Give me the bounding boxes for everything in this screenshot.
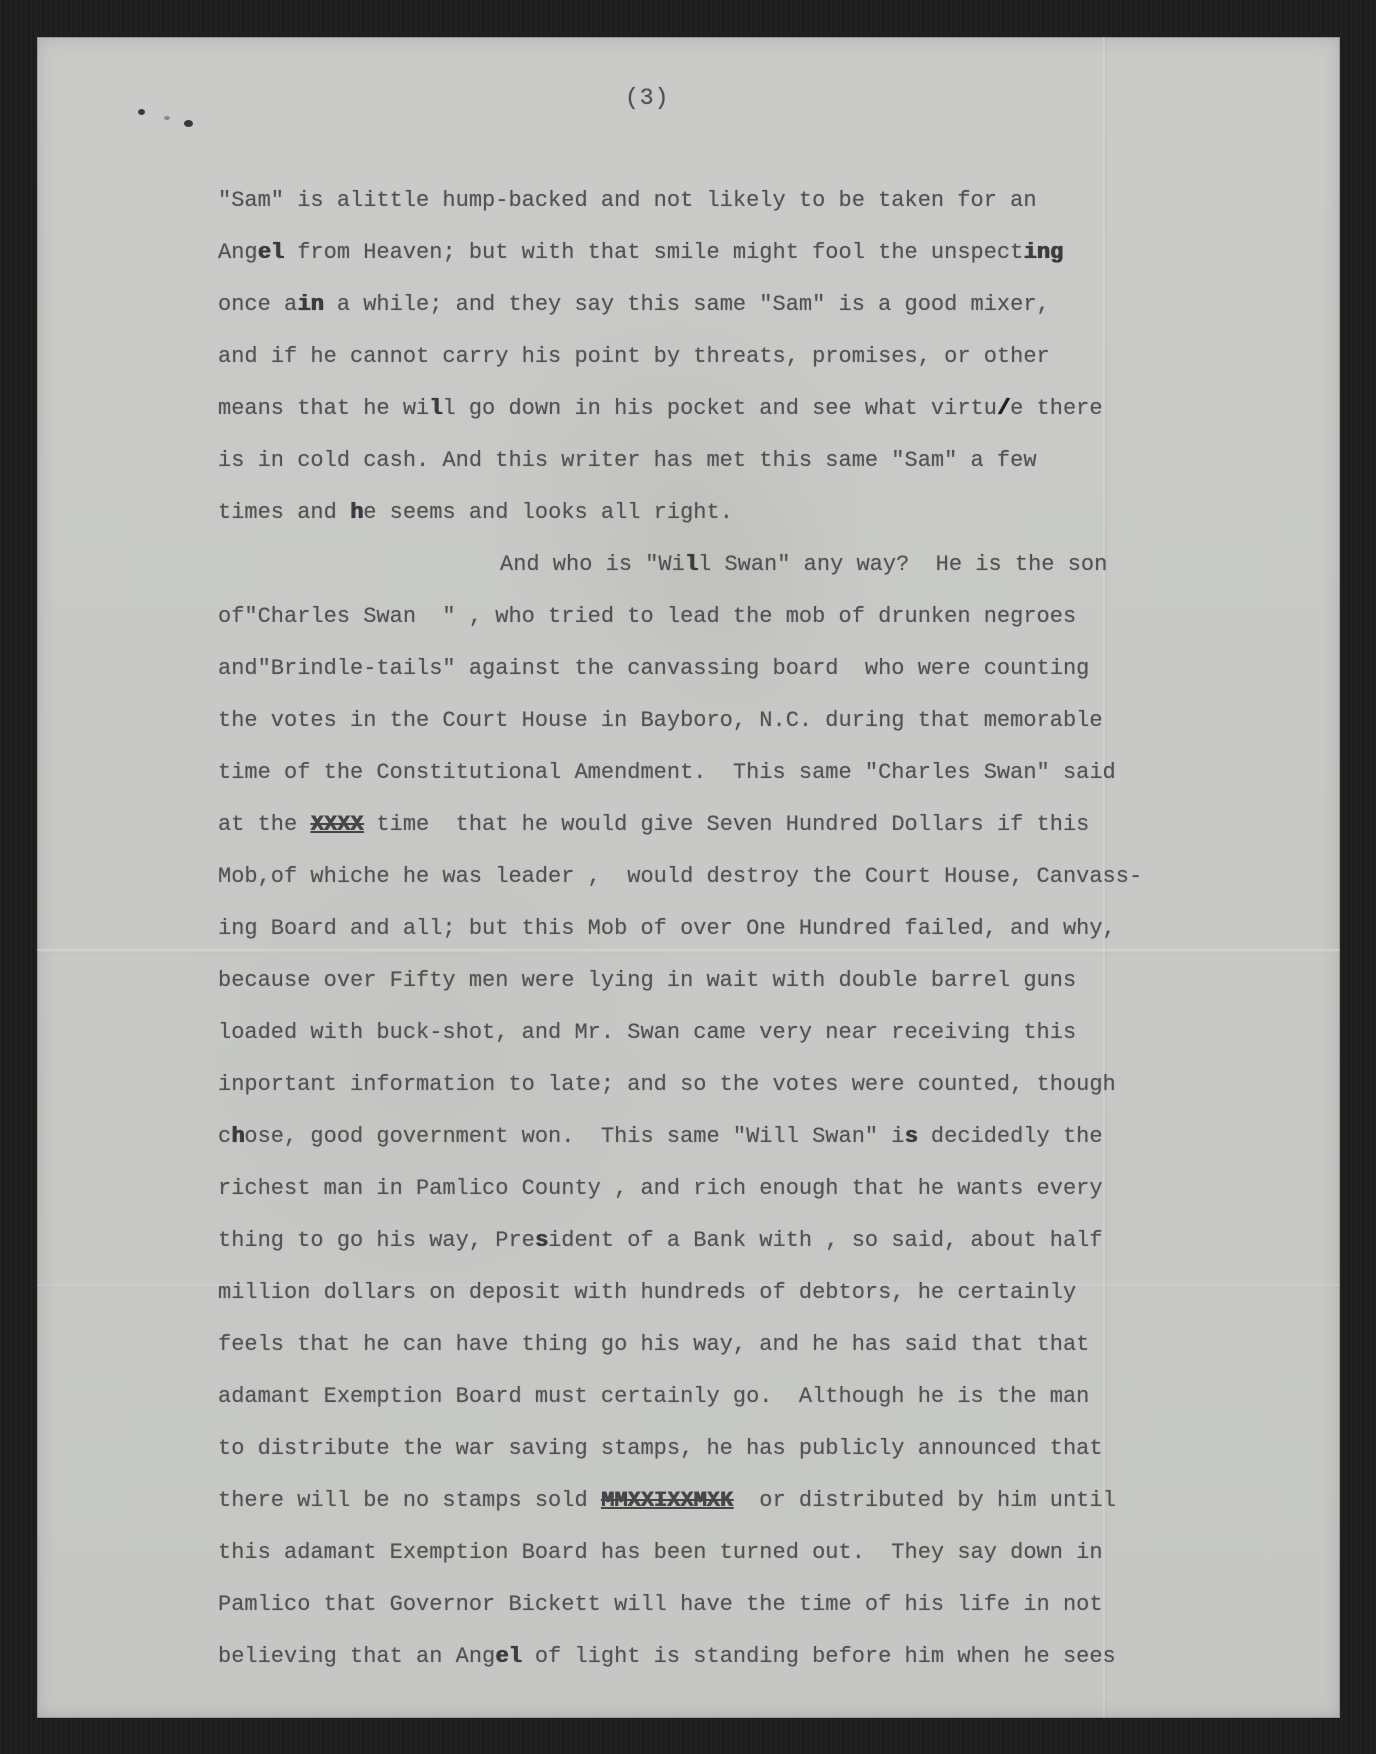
overstruck-text: h [231, 1124, 244, 1149]
typed-text: adamant Exemption Board must certainly g… [218, 1384, 1089, 1409]
typed-text: million dollars on deposit with hundreds… [218, 1280, 1076, 1305]
typed-text: ose, good government won. This same "Wil… [244, 1124, 904, 1149]
typed-text: richest man in Pamlico County , and rich… [218, 1176, 1103, 1201]
overstruck-text: in [297, 292, 323, 317]
typed-text: loaded with buck-shot, and Mr. Swan came… [218, 1020, 1076, 1045]
typed-text: the votes in the Court House in Bayboro,… [218, 708, 1103, 733]
typed-line: feels that he can have thing go his way,… [218, 1319, 1298, 1371]
typed-text: Ang [218, 240, 258, 265]
typed-text: l go down in his pocket and see what vir… [442, 396, 997, 421]
typed-text: this adamant Exemption Board has been tu… [218, 1540, 1103, 1565]
typed-line: time of the Constitutional Amendment. Th… [218, 747, 1298, 799]
typed-text: feels that he can have thing go his way,… [218, 1332, 1089, 1357]
typed-line: is in cold cash. And this writer has met… [218, 435, 1298, 487]
typed-text: of light is standing before him when he … [522, 1644, 1116, 1669]
typed-text: to distribute the war saving stamps, he … [218, 1436, 1103, 1461]
paragraph: "Sam" is alittle hump-backed and not lik… [218, 175, 1298, 539]
typed-text: c [218, 1124, 231, 1149]
typed-text: "Sam" is alittle hump-backed and not lik… [218, 188, 1037, 213]
ink-speck [184, 120, 193, 127]
typed-text: thing to go his way, Pre [218, 1228, 535, 1253]
struck-out-text: MMXXIXXMXK [601, 1488, 733, 1513]
typed-line: times and he seems and looks all right. [218, 487, 1298, 539]
typed-line: and"Brindle-tails" against the canvassin… [218, 643, 1298, 695]
typed-line: at the XXXX time that he would give Seve… [218, 799, 1298, 851]
overstruck-text: l [429, 396, 442, 421]
overstruck-text: / [997, 396, 1010, 421]
typed-text: and"Brindle-tails" against the canvassin… [218, 656, 1089, 681]
typed-line: thing to go his way, President of a Bank… [218, 1215, 1298, 1267]
typed-text: from Heaven; but with that smile might f… [284, 240, 1023, 265]
typed-line: ing Board and all; but this Mob of over … [218, 903, 1298, 955]
overstruck-text: h [350, 500, 363, 525]
typed-line: And who is "Will Swan" any way? He is th… [218, 539, 1298, 591]
paragraph: And who is "Will Swan" any way? He is th… [218, 539, 1298, 1683]
overstruck-text: el [258, 240, 284, 265]
struck-out-text: XXXX [310, 812, 363, 837]
typed-line: there will be no stamps sold MMXXIXXMXK … [218, 1475, 1298, 1527]
typed-line: because over Fifty men were lying in wai… [218, 955, 1298, 1007]
typed-line: Pamlico that Governor Bickett will have … [218, 1579, 1298, 1631]
typed-text: times and [218, 500, 350, 525]
typed-text: time of the Constitutional Amendment. Th… [218, 760, 1116, 785]
ink-speck [138, 109, 145, 115]
typed-line: richest man in Pamlico County , and rich… [218, 1163, 1298, 1215]
typed-text: Mob,of whiche he was leader , would dest… [218, 864, 1142, 889]
overstruck-text: s [535, 1228, 548, 1253]
overstruck-text: el [495, 1644, 521, 1669]
typed-text: time that he would give Seven Hundred Do… [363, 812, 1089, 837]
typed-text: of"Charles Swan " , who tried to lead th… [218, 604, 1076, 629]
typed-text: is in cold cash. And this writer has met… [218, 448, 1037, 473]
typed-text: inportant information to late; and so th… [218, 1072, 1116, 1097]
typed-text: because over Fifty men were lying in wai… [218, 968, 1076, 993]
typed-line: means that he will go down in his pocket… [218, 383, 1298, 435]
typed-text: e seems and looks all right. [363, 500, 733, 525]
typed-text: there will be no stamps sold [218, 1488, 601, 1513]
typed-line: once ain a while; and they say this same… [218, 279, 1298, 331]
typed-line: "Sam" is alittle hump-backed and not lik… [218, 175, 1298, 227]
typed-text: decidedly the [918, 1124, 1103, 1149]
typed-line: Mob,of whiche he was leader , would dest… [218, 851, 1298, 903]
overstruck-text: l [685, 552, 698, 577]
typed-text: or distributed by him until [733, 1488, 1116, 1513]
typed-text-block: "Sam" is alittle hump-backed and not lik… [218, 175, 1298, 1683]
typed-line: this adamant Exemption Board has been tu… [218, 1527, 1298, 1579]
ink-speck [164, 116, 170, 120]
typed-line: and if he cannot carry his point by thre… [218, 331, 1298, 383]
typed-text: Pamlico that Governor Bickett will have … [218, 1592, 1103, 1617]
typed-line: million dollars on deposit with hundreds… [218, 1267, 1298, 1319]
page-number: (3) [625, 85, 669, 111]
typed-text: And who is "Wi [500, 552, 685, 577]
typed-text: once a [218, 292, 297, 317]
typed-text: e there [1010, 396, 1102, 421]
scanned-letter-screenshot: { "colors": { "background": "#1d1d1d", "… [0, 0, 1376, 1754]
typed-line: loaded with buck-shot, and Mr. Swan came… [218, 1007, 1298, 1059]
overstruck-text: ing [1023, 240, 1063, 265]
typed-line: the votes in the Court House in Bayboro,… [218, 695, 1298, 747]
typed-line: of"Charles Swan " , who tried to lead th… [218, 591, 1298, 643]
typed-text: ident of a Bank with , so said, about ha… [548, 1228, 1103, 1253]
typed-line: Angel from Heaven; but with that smile m… [218, 227, 1298, 279]
typed-line: chose, good government won. This same "W… [218, 1111, 1298, 1163]
typed-line: adamant Exemption Board must certainly g… [218, 1371, 1298, 1423]
letter-page: (3) "Sam" is alittle hump-backed and not… [37, 37, 1340, 1718]
typed-line: to distribute the war saving stamps, he … [218, 1423, 1298, 1475]
typed-line: believing that an Angel of light is stan… [218, 1631, 1298, 1683]
overstruck-text: s [905, 1124, 918, 1149]
typed-text: believing that an Ang [218, 1644, 495, 1669]
typed-text: l Swan" any way? He is the son [698, 552, 1107, 577]
typed-text: ing Board and all; but this Mob of over … [218, 916, 1116, 941]
typed-text: and if he cannot carry his point by thre… [218, 344, 1050, 369]
typed-text: at the [218, 812, 310, 837]
typed-text: a while; and they say this same "Sam" is… [324, 292, 1050, 317]
typed-text: means that he wi [218, 396, 429, 421]
typed-line: inportant information to late; and so th… [218, 1059, 1298, 1111]
